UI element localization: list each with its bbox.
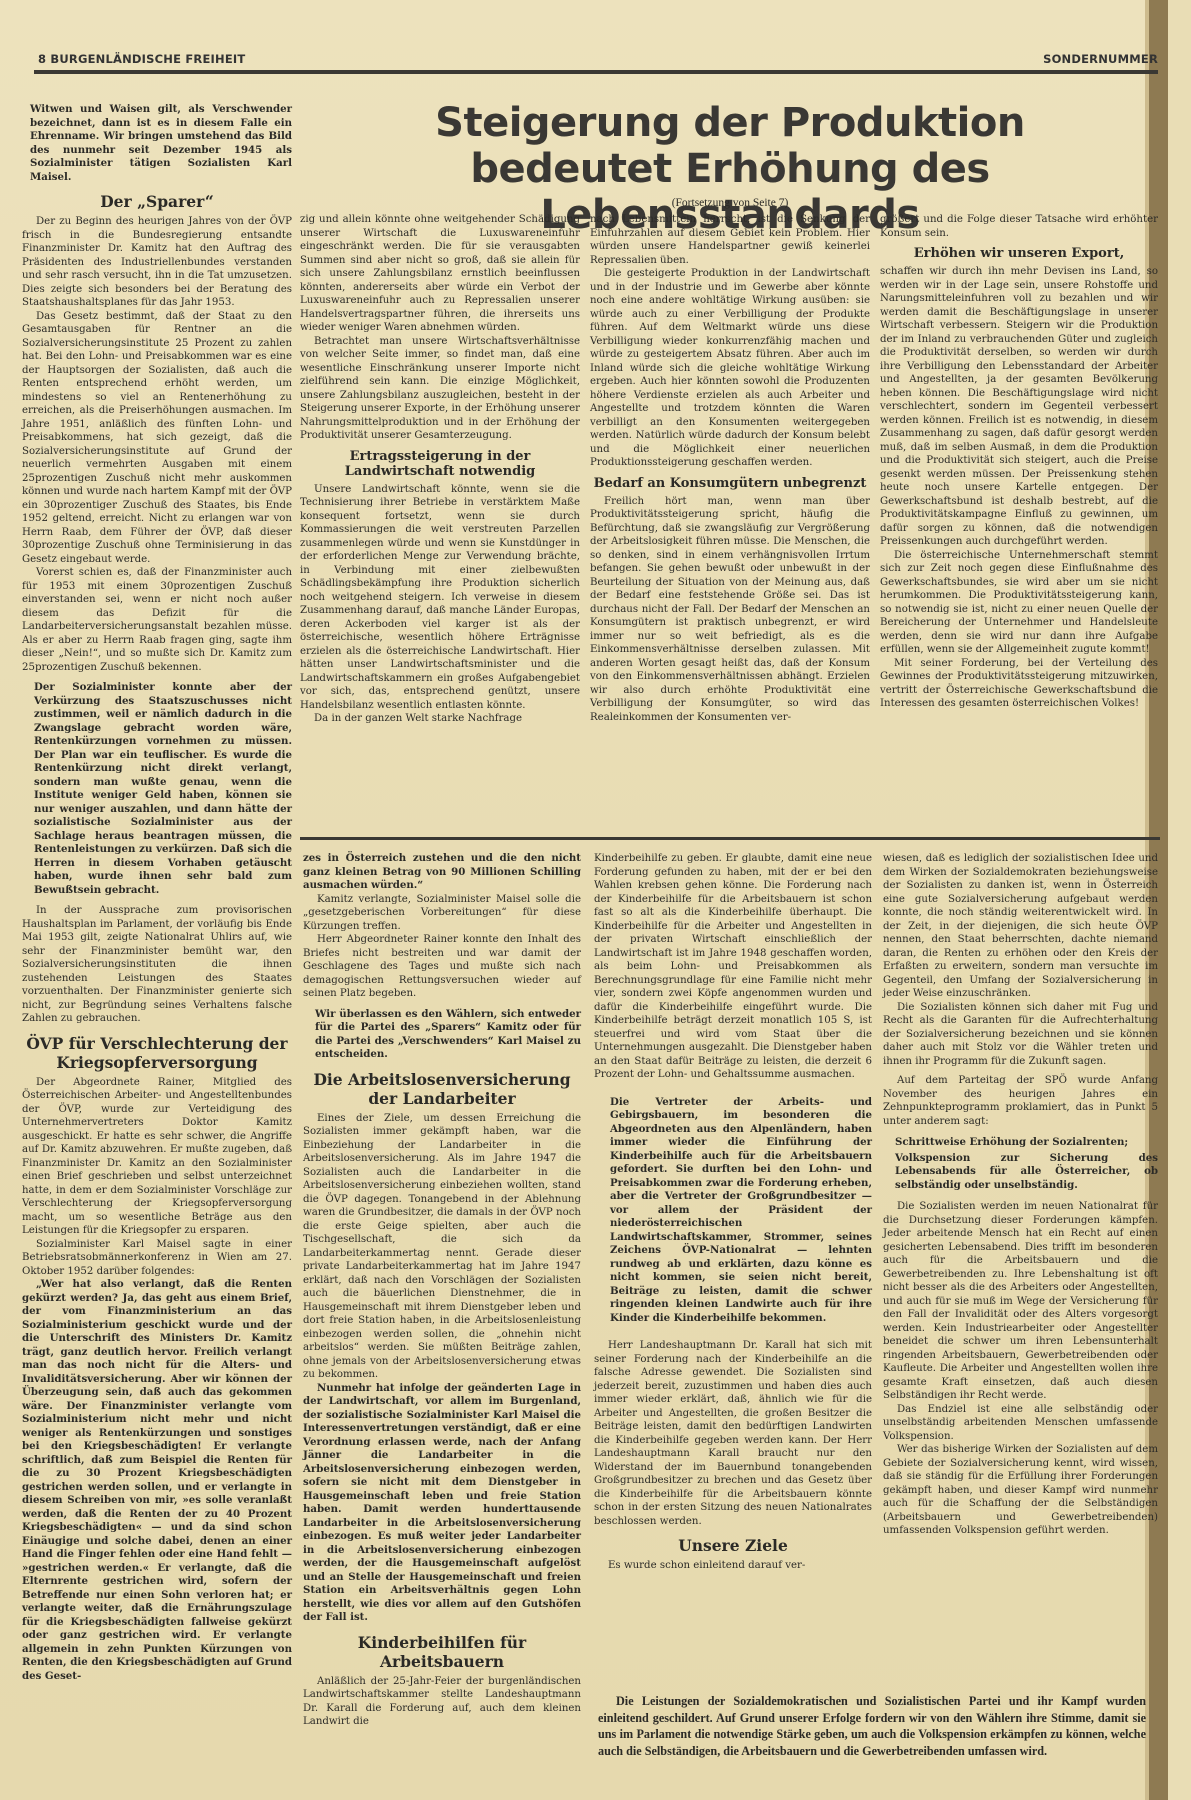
heading-sparer: Der „Sparer“: [22, 192, 292, 211]
continuation-note: (Fortsetzung von Seite 7): [300, 197, 1160, 209]
paragraph: Herr Abgeordneter Rainer konnte den Inha…: [303, 933, 581, 1001]
program-point-1: Schrittweise Erhöhung der Sozialrenten;: [883, 1136, 1158, 1150]
masthead: 8 BURGENLÄNDISCHE FREIHEIT SONDERNUMMER: [38, 52, 1158, 72]
left-column: Witwen und Waisen gilt, als Verschwender…: [22, 103, 292, 1683]
headline-line-1: Steigerung der Produktion: [300, 100, 1160, 146]
paragraph: Das Gesetz bestimmt, daß der Staat zu de…: [22, 310, 292, 567]
paragraph: Mit seiner Forderung, bei der Verteilung…: [880, 657, 1158, 711]
paragraph: zig und allein könnte ohne weitgehender …: [300, 213, 580, 335]
section-divider: [300, 837, 1160, 840]
heading-bedarf: Bedarf an Konsumgütern unbegrenzt: [590, 476, 870, 491]
paragraph: Da in der ganzen Welt starke Nachfrage: [300, 712, 580, 726]
paragraph: Die gesteigerte Produktion in der Landwi…: [590, 267, 870, 470]
lower-column-2: zes in Österreich zustehen und die den n…: [303, 852, 581, 1729]
heading-oevp: ÖVP für Verschlechterung der Kriegsopfer…: [22, 1034, 292, 1072]
paragraph: zes in Österreich zustehen und die den n…: [303, 852, 581, 893]
upper-column-2: zig und allein könnte ohne weitgehender …: [300, 213, 580, 726]
upper-column-4: größert und die Folge dieser Tatsache wi…: [880, 213, 1158, 711]
paragraph: Sozialminister Karl Maisel sagte in eine…: [22, 1238, 292, 1279]
masthead-title: 8 BURGENLÄNDISCHE FREIHEIT: [38, 52, 245, 66]
bold-block: Der Sozialminister konnte aber der Verkü…: [22, 681, 292, 897]
paragraph: wiesen, daß es lediglich der sozialistis…: [883, 852, 1158, 1001]
masthead-edition: SONDERNUMMER: [1043, 52, 1158, 66]
bold-block: Die Vertreter der Arbeits- und Gebirgsba…: [598, 1096, 872, 1326]
paragraph: Die österreichische Unternehmerschaft st…: [880, 549, 1158, 657]
paragraph: Betrachtet man unsere Wirtschaftsverhält…: [300, 335, 580, 443]
paragraph: Vorerst schien es, daß der Finanzministe…: [22, 566, 292, 674]
bold-block: Wir überlassen es den Wählern, sich entw…: [303, 1008, 581, 1062]
program-point-2: Volkspension zur Sicherung des Lebensabe…: [883, 1152, 1158, 1193]
paragraph: Eines der Ziele, um dessen Erreichung di…: [303, 1112, 581, 1382]
newspaper-page: 8 BURGENLÄNDISCHE FREIHEIT SONDERNUMMER …: [0, 0, 1168, 1800]
paragraph: Herr Landeshauptmann Dr. Karall hat sich…: [594, 1339, 872, 1528]
paragraph: Unsere Landwirtschaft könnte, wenn sie d…: [300, 483, 580, 713]
heading-arbeitslosenversicherung: Die Arbeitslosenversicherung der Landarb…: [303, 1070, 581, 1108]
quote-paragraph: „Wer hat also verlangt, daß die Renten g…: [22, 1278, 292, 1683]
paragraph: Kinderbeihilfe zu geben. Er glaubte, dam…: [594, 852, 872, 1082]
paragraph: Das Endziel ist eine alle selbständig od…: [883, 1403, 1158, 1444]
heading-ertragssteigerung: Ertragssteigerung in der Landwirtschaft …: [300, 449, 580, 479]
lower-column-4: wiesen, daß es lediglich der sozialistis…: [883, 852, 1158, 1538]
closing-statement: Die Leistungen der Sozialdemokratischen …: [598, 1693, 1146, 1759]
paragraph: Wer das bisherige Wirken der Sozialisten…: [883, 1443, 1158, 1538]
paragraph: Die Sozialisten werden im neuen National…: [883, 1200, 1158, 1403]
heading-unsere-ziele: Unsere Ziele: [594, 1536, 872, 1555]
upper-column-3: nach Lebensmitteln herrscht, ist die Sen…: [590, 213, 870, 724]
closing-paragraph: Die Leistungen der Sozialdemokratischen …: [598, 1693, 1146, 1759]
paragraph: Freilich hört man, wenn man über Produkt…: [590, 495, 870, 725]
paragraph: Der Abgeordnete Rainer, Mitglied des Öst…: [22, 1076, 292, 1238]
paragraph: größert und die Folge dieser Tatsache wi…: [880, 213, 1158, 240]
paragraph: nach Lebensmitteln herrscht, ist die Sen…: [590, 213, 870, 267]
paragraph: Es wurde schon einleitend darauf ver-: [594, 1559, 872, 1573]
paragraph: Die Sozialisten können sich daher mit Fu…: [883, 1001, 1158, 1069]
paragraph: Der zu Beginn des heurigen Jahres von de…: [22, 215, 292, 310]
paragraph: Kamitz verlangte, Sozialminister Maisel …: [303, 893, 581, 934]
paragraph: Nunmehr hat infolge der geänderten Lage …: [303, 1382, 581, 1625]
heading-export: Erhöhen wir unseren Export,: [880, 246, 1158, 261]
lower-column-3: Kinderbeihilfe zu geben. Er glaubte, dam…: [594, 852, 872, 1573]
paragraph: schaffen wir durch ihn mehr Devisen ins …: [880, 265, 1158, 549]
paragraph: In der Aussprache zum provisorischen Hau…: [22, 904, 292, 1026]
intro-paragraph: Witwen und Waisen gilt, als Verschwender…: [22, 103, 292, 184]
heading-kinderbeihilfen: Kinderbeihilfen für Arbeitsbauern: [303, 1633, 581, 1671]
paragraph: Auf dem Parteitag der SPÖ wurde Anfang N…: [883, 1074, 1158, 1128]
masthead-rule: [34, 70, 1158, 74]
paragraph: Anläßlich der 25-Jahr-Feier der burgenlä…: [303, 1675, 581, 1729]
